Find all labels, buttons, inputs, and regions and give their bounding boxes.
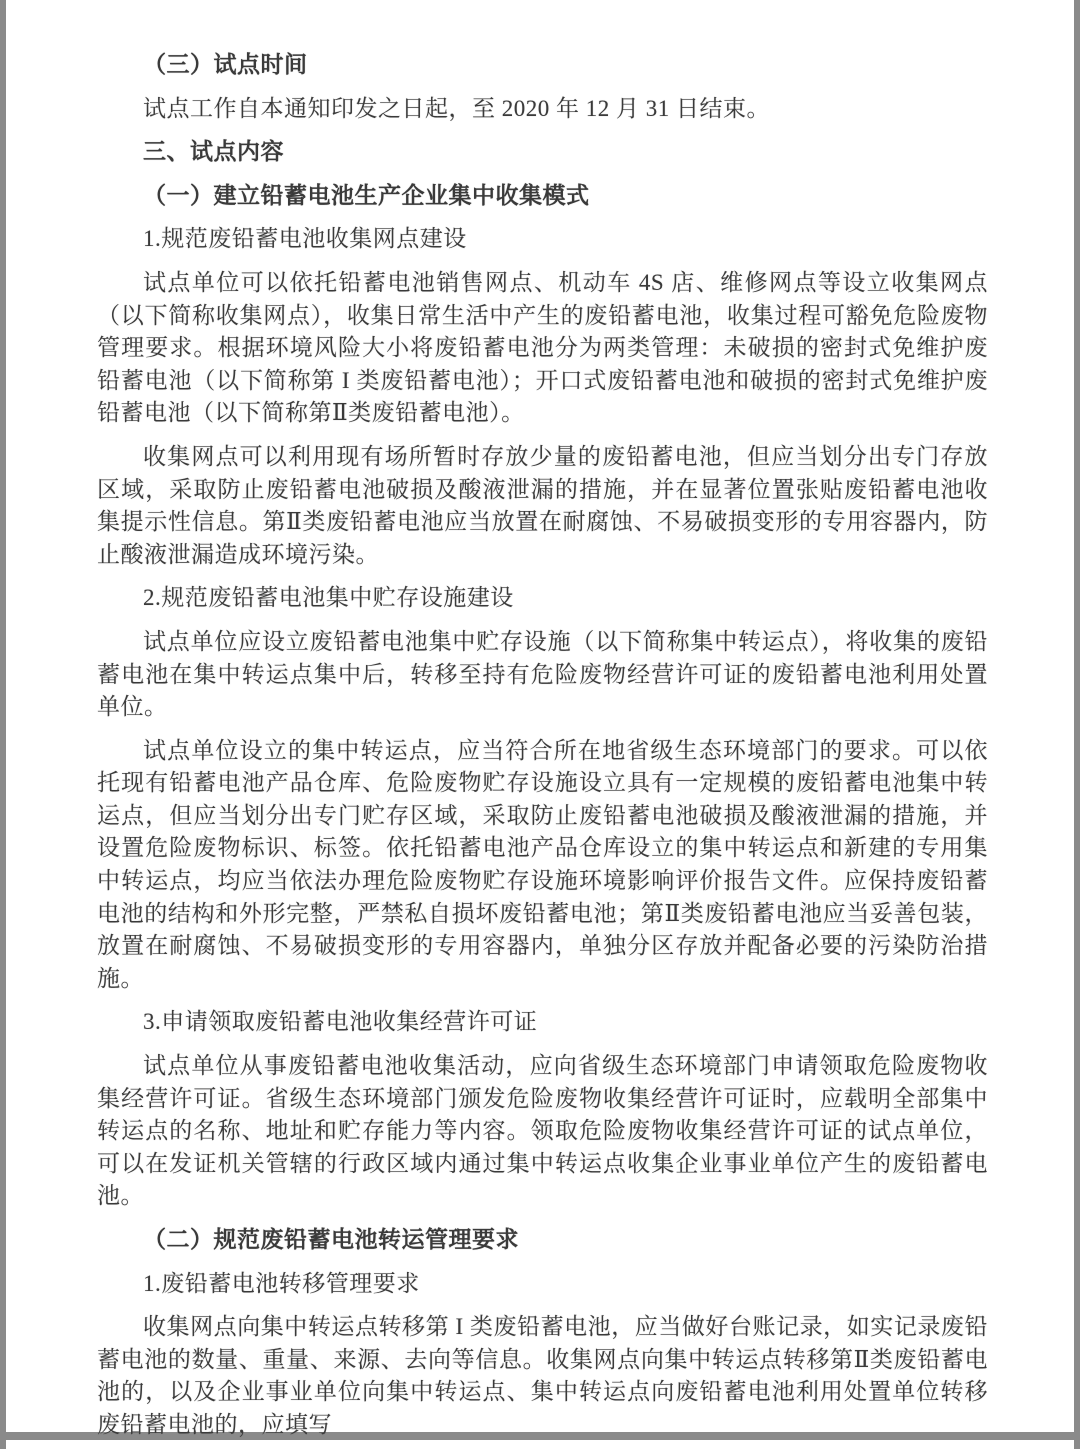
- subheading-collection-license: 3.申请领取废铅蓄电池收集经营许可证: [97, 1006, 988, 1039]
- para-transfer-point-requirements: 试点单位设立的集中转运点，应当符合所在地省级生态环境部门的要求。可以依托现有铅蓄…: [97, 735, 988, 996]
- para-transfer-records: 收集网点向集中转运点转移第 I 类废铅蓄电池，应当做好台账记录，如实记录废铅蓄电…: [97, 1311, 988, 1441]
- heading-pilot-content: 三、试点内容: [97, 136, 988, 169]
- heading-transfer-management: （二）规范废铅蓄电池转运管理要求: [97, 1224, 988, 1257]
- heading-pilot-time: （三）试点时间: [97, 49, 988, 82]
- para-storage-at-network: 收集网点可以利用现有场所暂时存放少量的废铅蓄电池，但应当划分出专门存放区域，采取…: [97, 441, 988, 571]
- subheading-transfer-requirements: 1.废铅蓄电池转移管理要求: [97, 1268, 988, 1301]
- subheading-centralized-storage: 2.规范废铅蓄电池集中贮存设施建设: [97, 582, 988, 615]
- para-centralized-storage: 试点单位应设立废铅蓄电池集中贮存设施（以下简称集中转运点），将收集的废铅蓄电池在…: [97, 626, 988, 724]
- subheading-collection-network: 1.规范废铅蓄电池收集网点建设: [97, 223, 988, 256]
- document-page: （三）试点时间 试点工作自本通知印发之日起，至 2020 年 12 月 31 日…: [6, 0, 1074, 1432]
- document-viewer: （三）试点时间 试点工作自本通知印发之日起，至 2020 年 12 月 31 日…: [0, 0, 1080, 1449]
- para-pilot-time: 试点工作自本通知印发之日起，至 2020 年 12 月 31 日结束。: [97, 93, 988, 126]
- viewer-background: { "document": { "colors": { "canvas_gray…: [0, 0, 1080, 1449]
- heading-collection-model: （一）建立铅蓄电池生产企业集中收集模式: [97, 180, 988, 213]
- page-content: （三）试点时间 试点工作自本通知印发之日起，至 2020 年 12 月 31 日…: [6, 0, 1074, 1442]
- para-collection-network: 试点单位可以依托铅蓄电池销售网点、机动车 4S 店、维修网点等设立收集网点（以下…: [97, 267, 988, 430]
- para-collection-license: 试点单位从事废铅蓄电池收集活动，应向省级生态环境部门申请领取危险废物收集经营许可…: [97, 1050, 988, 1213]
